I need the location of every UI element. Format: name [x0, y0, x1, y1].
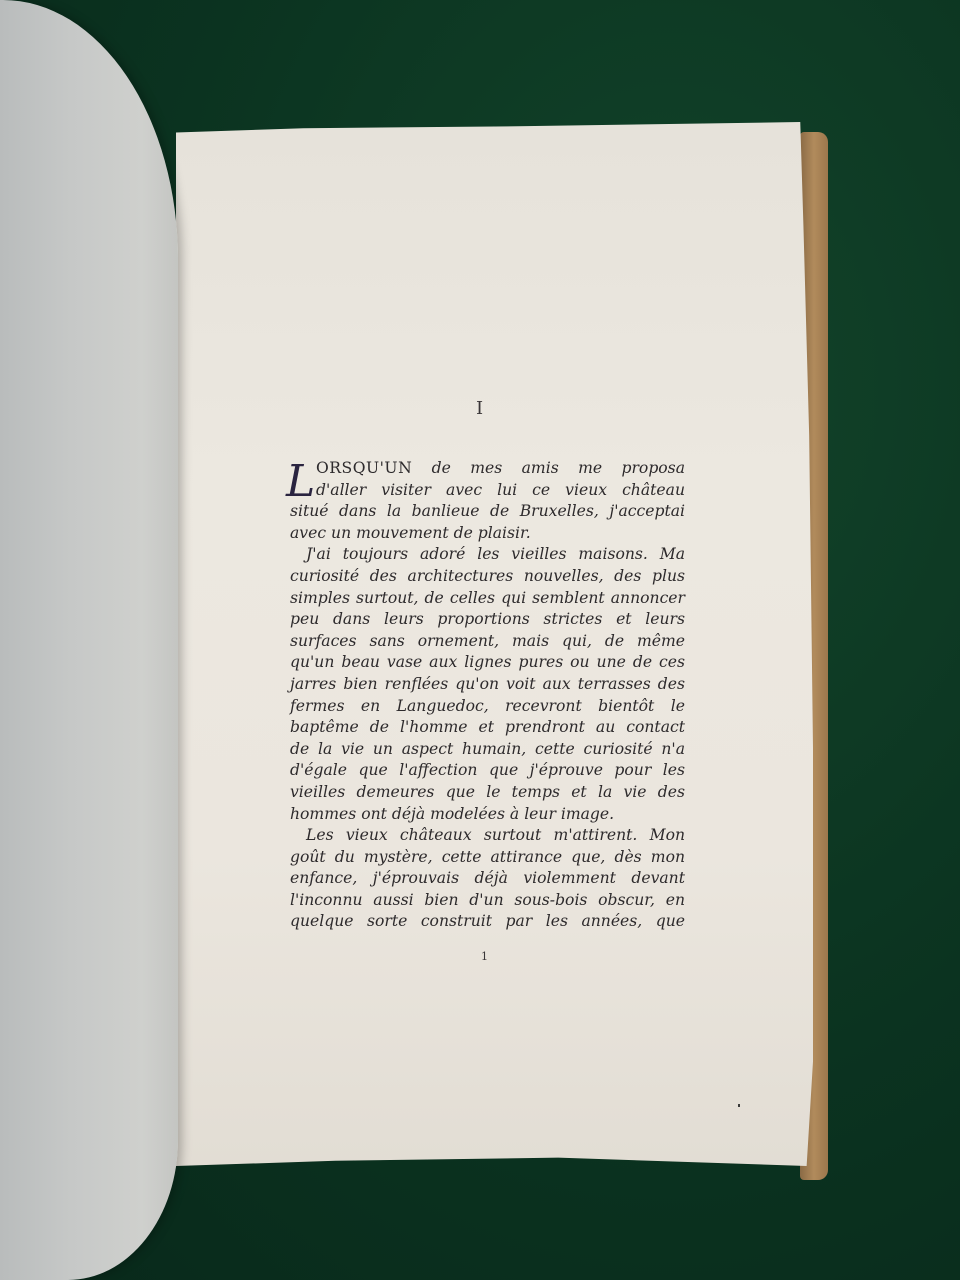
text-line-7: simples surtout, de celles qui semblent … [290, 588, 685, 610]
opening-smallcaps: ORSQU'UN [316, 459, 412, 477]
text-line-8: peu dans leurs proportions strictes et l… [290, 609, 685, 631]
text-line-1: LORSQU'UN de mes amis me proposa [290, 458, 685, 480]
text-fragment: de mes amis me proposa [412, 459, 685, 477]
text-line-2: d'aller visiter avec lui ce vieux châtea… [290, 480, 685, 502]
text-line-4: avec un mouvement de plaisir. [290, 523, 685, 545]
text-line-11: jarres bien renflées qu'on voit aux terr… [290, 674, 685, 696]
text-line-12: fermes en Languedoc, recevront bientôt l… [290, 696, 685, 718]
paper-speck [738, 1104, 740, 1107]
text-line-13: baptême de l'homme et prendront au conta… [290, 717, 685, 739]
text-line-17: hommes ont déjà modelées à leur image. [290, 804, 685, 826]
text-line-5: J'ai toujours adoré les vieilles maisons… [290, 544, 685, 566]
body-text: LORSQU'UN de mes amis me proposa d'aller… [290, 458, 685, 933]
text-line-3: situé dans la banlieue de Bruxelles, j'a… [290, 501, 685, 523]
text-line-22: quelque sorte construit par les années, … [290, 911, 685, 933]
drop-cap: L [286, 462, 315, 502]
text-line-15: d'égale que l'affection que j'éprouve po… [290, 760, 685, 782]
page-number: 1 [481, 950, 488, 963]
text-line-14: de la vie un aspect humain, cette curios… [290, 739, 685, 761]
text-line-16: vieilles demeures que le temps et la vie… [290, 782, 685, 804]
text-line-9: surfaces sans ornement, mais qui, de mêm… [290, 631, 685, 653]
text-line-10: qu'un beau vase aux lignes pures ou une … [290, 652, 685, 674]
text-line-19: goût du mystère, cette attirance que, dè… [290, 847, 685, 869]
left-page-curl [0, 0, 178, 1280]
text-line-6: curiosité des architectures nouvelles, d… [290, 566, 685, 588]
text-line-20: enfance, j'éprouvais déjà violemment dev… [290, 868, 685, 890]
text-line-18: Les vieux châteaux surtout m'attirent. M… [290, 825, 685, 847]
chapter-number: I [476, 398, 483, 419]
text-line-21: l'inconnu aussi bien d'un sous-bois obsc… [290, 890, 685, 912]
